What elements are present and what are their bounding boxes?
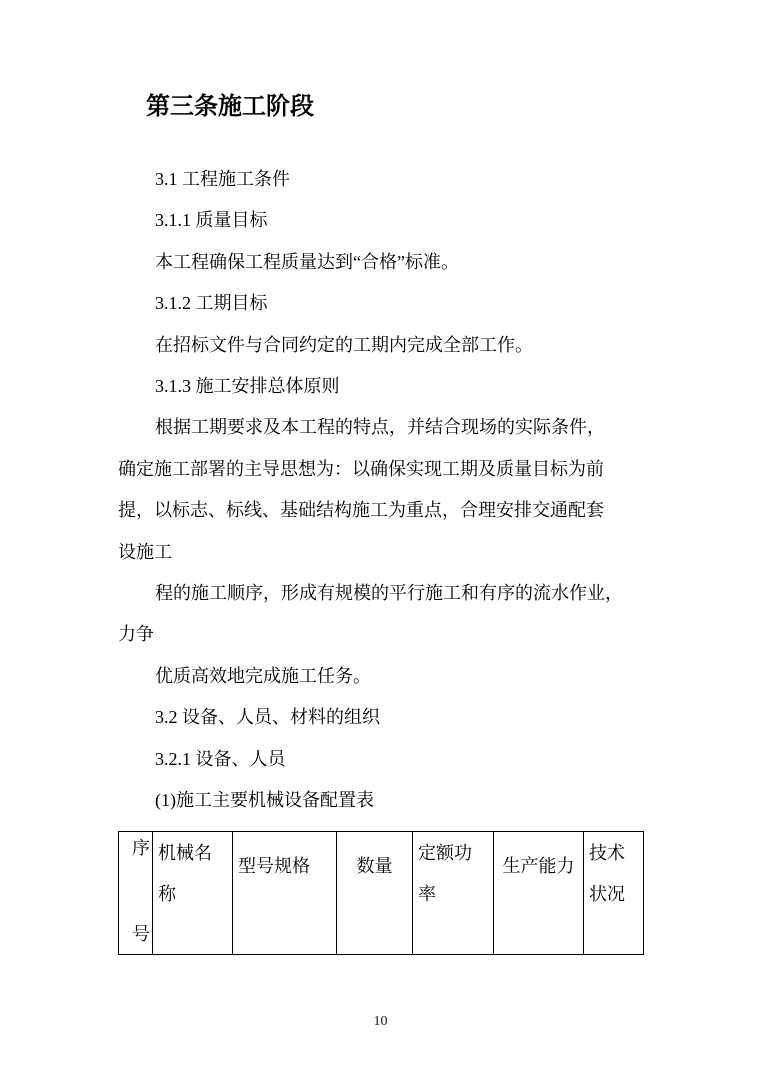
column-header-production-capacity: 生产能力 (494, 832, 584, 955)
serial-number-label: 序号 (121, 836, 150, 944)
column-header-quantity: 数量 (337, 832, 413, 955)
table-caption: (1)施工主要机械设备配置表 (118, 780, 648, 821)
paragraph-principle-line-1: 根据工期要求及本工程的特点，并结合现场的实际条件， (118, 407, 648, 448)
heading-3-1-2: 3.1.2 工期目标 (118, 283, 648, 324)
paragraph-schedule-goal: 在招标文件与合同约定的工期内完成全部工作。 (118, 325, 648, 366)
paragraph-principle-line-5: 程的施工顺序，形成有规模的平行施工和有序的流水作业， (118, 573, 648, 614)
heading-3-2: 3.2 设备、人员、材料的组织 (118, 697, 648, 738)
paragraph-principle-line-4: 设施工 (118, 532, 648, 573)
column-header-machine-name: 机械名称 (153, 832, 233, 955)
document-body: 3.1 工程施工条件 3.1.1 质量目标 本工程确保工程质量达到“合格”标准。… (118, 159, 648, 822)
equipment-table: 序号 机械名称 型号规格 数量 定额功率 生产能力 技术状况 (118, 831, 644, 955)
heading-3-2-1: 3.2.1 设备、人员 (118, 739, 648, 780)
heading-3-1-3: 3.1.3 施工安排总体原则 (118, 366, 648, 407)
paragraph-principle-end: 优质高效地完成施工任务。 (118, 656, 648, 697)
heading-3-1: 3.1 工程施工条件 (118, 159, 648, 200)
column-header-model-spec: 型号规格 (233, 832, 337, 955)
equipment-table-header-row: 序号 机械名称 型号规格 数量 定额功率 生产能力 技术状况 (119, 832, 644, 955)
column-header-serial-number: 序号 (119, 832, 153, 955)
column-header-technical-condition: 技术状况 (584, 832, 644, 955)
document-title: 第三条施工阶段 (118, 90, 314, 124)
page-number: 10 (0, 1012, 761, 1032)
paragraph-principle-line-2: 确定施工部署的主导思想为：以确保实现工期及质量目标为前 (118, 449, 648, 490)
paragraph-principle-line-3: 提，以标志、标线、基础结构施工为重点，合理安排交通配套 (118, 490, 648, 531)
column-header-rated-power: 定额功率 (413, 832, 494, 955)
heading-3-1-1: 3.1.1 质量目标 (118, 200, 648, 241)
paragraph-quality-goal: 本工程确保工程质量达到“合格”标准。 (118, 242, 648, 283)
document-page: 第三条施工阶段 3.1 工程施工条件 3.1.1 质量目标 本工程确保工程质量达… (0, 0, 761, 1077)
paragraph-principle-line-6: 力争 (118, 614, 648, 655)
